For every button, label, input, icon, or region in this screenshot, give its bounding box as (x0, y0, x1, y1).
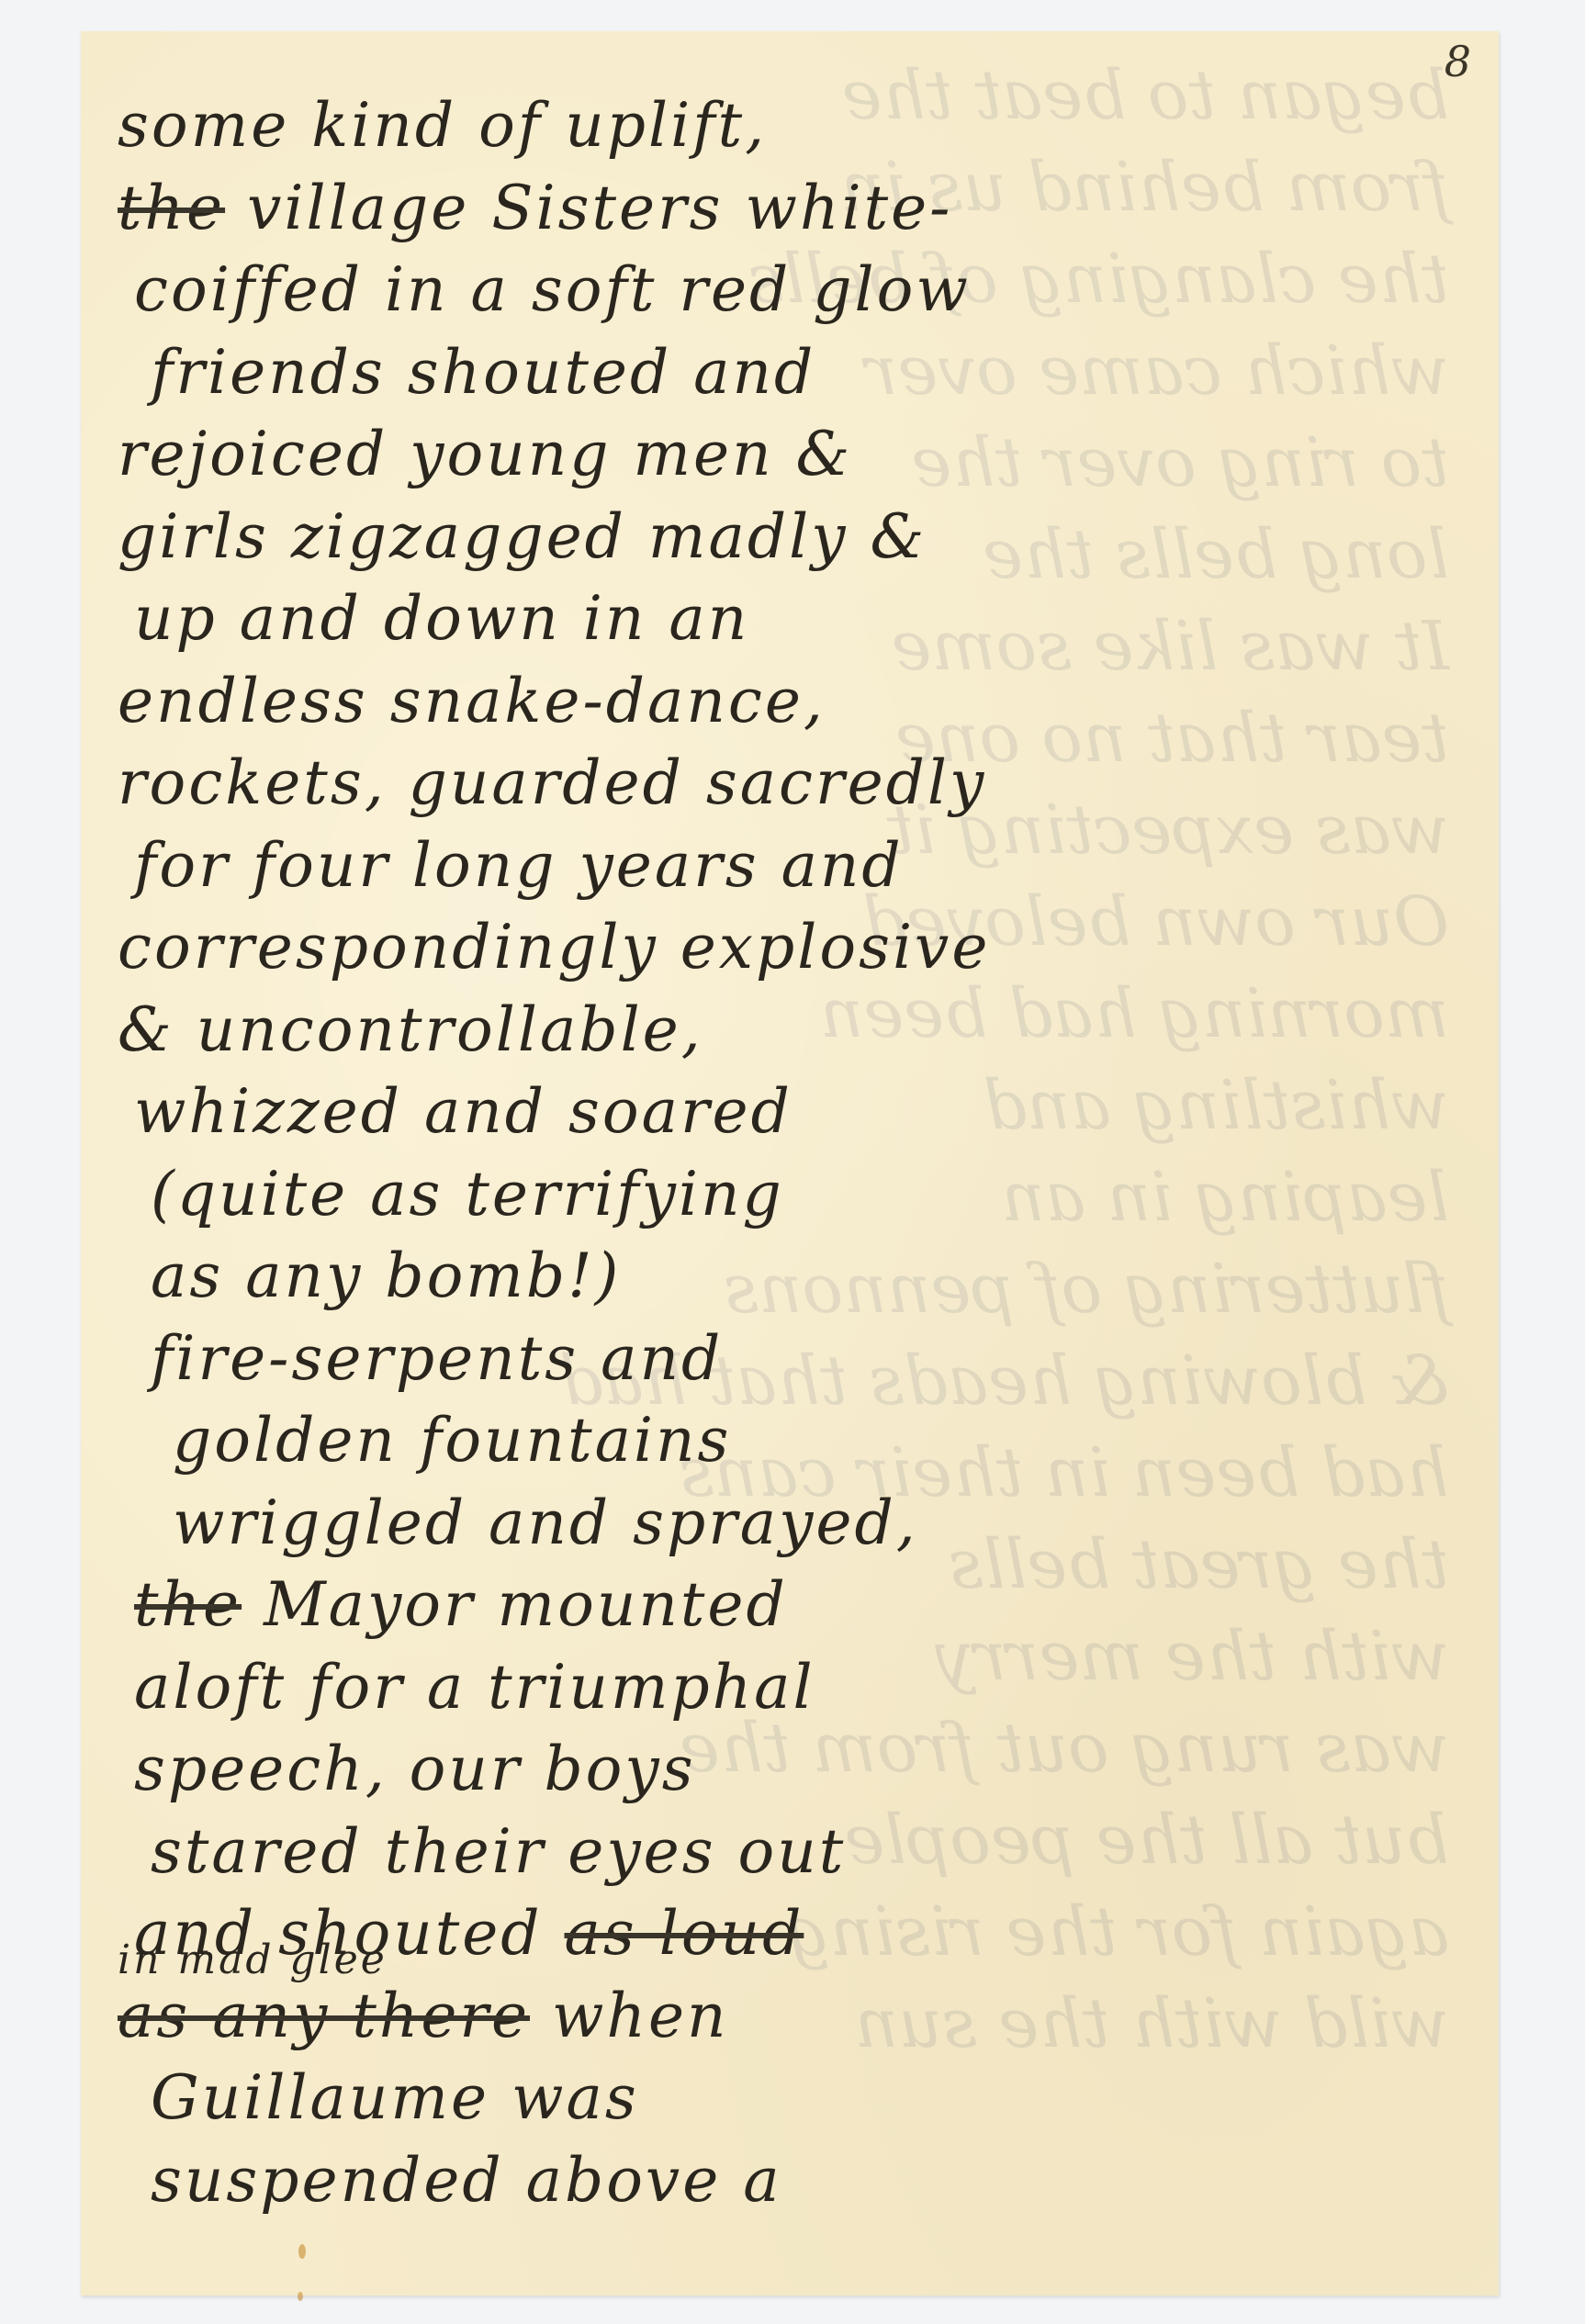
manuscript-line: & uncontrollable, (118, 989, 1462, 1072)
line-text: suspended above a (151, 2145, 782, 2216)
line-text: up and down in an (134, 583, 749, 654)
line-text: (quite as terrifying (151, 1159, 784, 1229)
struck-through-text: the (134, 1569, 242, 1640)
line-text: whizzed and soared (134, 1076, 792, 1147)
line-text: when (530, 1981, 729, 2051)
struck-through-text: as loud (565, 1898, 804, 1969)
line-text: coiffed in a soft red glow (134, 254, 971, 325)
manuscript-line: whizzed and soared (118, 1071, 1462, 1153)
line-text: stared their eyes out (151, 1816, 846, 1887)
manuscript-line: the Mayor mounted (118, 1564, 1462, 1646)
ink-stain (298, 2292, 303, 2301)
manuscript-line: suspended above a (118, 2139, 1462, 2222)
manuscript-line: rejoiced young men & (118, 413, 1462, 496)
manuscript-line: speech, our boys (118, 1728, 1462, 1811)
line-text: Guillaume was (151, 2062, 639, 2133)
manuscript-line: correspondingly explosive (118, 906, 1462, 989)
line-text: Mayor mounted (242, 1569, 788, 1640)
line-text: rejoiced young men & (118, 419, 852, 489)
ink-stain (298, 2244, 306, 2259)
line-text: aloft for a triumphal (134, 1652, 815, 1723)
manuscript-line: some kind of uplift, (118, 84, 1462, 167)
line-text: golden fountains (173, 1405, 731, 1476)
manuscript-line: coiffed in a soft red glow (118, 249, 1462, 331)
manuscript-line: wriggled and sprayed, (118, 1482, 1462, 1565)
manuscript-line: fire-serpents and (118, 1318, 1462, 1400)
interlinear-insertion: in mad glee (118, 1940, 388, 1981)
line-text: rockets, guarded sacredly (118, 747, 986, 818)
struck-through-text: the (118, 173, 225, 243)
struck-through-text: as any there (118, 1981, 530, 2051)
line-text: wriggled and sprayed, (173, 1488, 918, 1558)
line-text: friends shouted and (151, 337, 815, 408)
manuscript-line: stared their eyes out (118, 1811, 1462, 1893)
line-text: fire-serpents and (151, 1323, 723, 1394)
manuscript-line: girls zigzagged madly & (118, 496, 1462, 578)
line-text: village Sisters white- (225, 173, 952, 243)
handwritten-lines: some kind of uplift,the village Sisters … (118, 84, 1462, 2221)
manuscript-line: endless snake-dance, (118, 660, 1462, 743)
line-text: correspondingly explosive (118, 912, 990, 982)
manuscript-line: up and down in an (118, 578, 1462, 660)
manuscript-line: friends shouted and (118, 331, 1462, 414)
manuscript-line: golden fountains (118, 1399, 1462, 1482)
manuscript-line: Guillaume was (118, 2057, 1462, 2139)
manuscript-line: rockets, guarded sacredly (118, 742, 1462, 825)
manuscript-page: began to beat the from behind us in the … (81, 31, 1499, 2296)
line-text: endless snake-dance, (118, 666, 826, 736)
line-text: speech, our boys (134, 1734, 696, 1804)
line-text: some kind of uplift, (118, 90, 767, 161)
line-text: for four long years and (134, 830, 904, 901)
line-text: & uncontrollable, (118, 994, 703, 1065)
line-text: as any bomb!) (151, 1241, 621, 1311)
line-text: girls zigzagged madly & (118, 501, 927, 572)
page-number: 8 (1444, 37, 1471, 86)
manuscript-line: in mad gleeas any there when (118, 1975, 1462, 2058)
manuscript-line: aloft for a triumphal (118, 1646, 1462, 1729)
manuscript-line: as any bomb!) (118, 1235, 1462, 1318)
manuscript-line: for four long years and (118, 825, 1462, 907)
manuscript-line: (quite as terrifying (118, 1153, 1462, 1236)
manuscript-line: the village Sisters white- (118, 167, 1462, 250)
